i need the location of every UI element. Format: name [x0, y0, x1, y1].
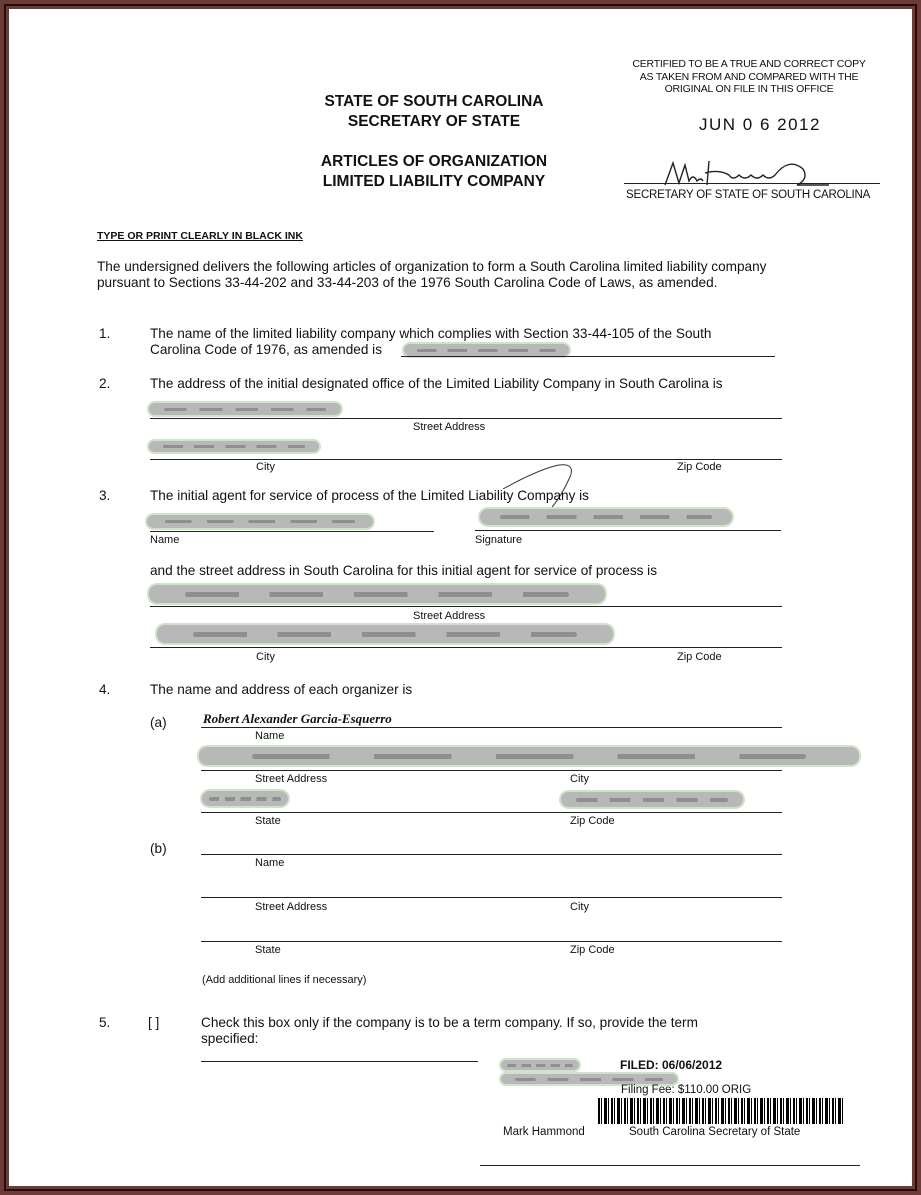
- agent-city-label: City: [256, 651, 275, 663]
- office-city-label: City: [256, 461, 275, 473]
- item-2-number: 2.: [99, 376, 110, 391]
- cert-line-1: CERTIFIED TO BE A TRUE AND CORRECT COPY: [609, 58, 889, 71]
- document-subtitle: LIMITED LIABILITY COMPANY: [269, 172, 599, 192]
- item-5-text-line-2: specified:: [201, 1031, 258, 1047]
- organizer-a-zip-label: Zip Code: [570, 815, 615, 827]
- filing-stamp-rule: [480, 1165, 860, 1166]
- agent-address-text: and the street address in South Carolina…: [150, 563, 657, 579]
- secretary-signature-line: [624, 183, 880, 184]
- organizer-a-street-label: Street Address: [255, 773, 327, 785]
- agent-city-redacted: [157, 625, 613, 643]
- company-name-field[interactable]: [401, 356, 775, 357]
- organizer-b-name-label: Name: [255, 857, 284, 869]
- filing-fee: Filing Fee: $110.00 ORIG: [621, 1084, 751, 1096]
- organizer-a-name-value: Robert Alexander Garcia-Esquerro: [203, 711, 392, 727]
- organizer-a-marker: (a): [150, 715, 167, 731]
- agent-signature-field[interactable]: [475, 530, 781, 531]
- item-3-text: The initial agent for service of process…: [150, 488, 589, 504]
- secretary-signature-icon: [659, 155, 839, 191]
- office-zip-label: Zip Code: [677, 461, 722, 473]
- organizer-a-zip-redacted: [561, 792, 743, 807]
- organizer-a-street-city-redacted: [199, 747, 859, 765]
- agent-street-field[interactable]: [150, 606, 782, 607]
- secretary-title: SECRETARY OF STATE OF SOUTH CAROLINA: [626, 189, 870, 201]
- agent-signature-redacted: [480, 509, 732, 525]
- agent-name-redacted: [147, 515, 373, 528]
- organizer-b-zip-label: Zip Code: [570, 944, 615, 956]
- agent-name-field[interactable]: [150, 531, 434, 532]
- agent-city-zip-field[interactable]: [150, 647, 782, 648]
- item-5-text-line-1: Check this box only if the company is to…: [201, 1015, 698, 1031]
- barcode-icon: [598, 1098, 844, 1124]
- document-page: CERTIFIED TO BE A TRUE AND CORRECT COPY …: [9, 9, 912, 1186]
- organizer-b-street-city-field[interactable]: [201, 897, 782, 898]
- item-5-number: 5.: [99, 1015, 110, 1030]
- organizer-a-street-city-field[interactable]: [201, 770, 782, 771]
- term-specified-field[interactable]: [201, 1061, 478, 1062]
- intro-paragraph: The undersigned delivers the following a…: [97, 259, 797, 291]
- agent-street-redacted: [149, 585, 605, 603]
- filing-signer: Mark Hammond: [503, 1126, 585, 1138]
- agent-signature-label: Signature: [475, 534, 522, 546]
- instruction-text: TYPE OR PRINT CLEARLY IN BLACK INK: [97, 230, 303, 242]
- certification-stamp: CERTIFIED TO BE A TRUE AND CORRECT COPY …: [609, 58, 889, 96]
- organizer-a-city-label: City: [570, 773, 589, 785]
- filing-stamp-redacted-2: [501, 1074, 677, 1084]
- organizer-b-state-label: State: [255, 944, 281, 956]
- item-4-text: The name and address of each organizer i…: [150, 682, 412, 698]
- organizer-a-state-zip-field[interactable]: [201, 812, 782, 813]
- item-1-number: 1.: [99, 326, 110, 341]
- office-city-zip-field[interactable]: [150, 459, 782, 460]
- organizer-b-name-field[interactable]: [201, 854, 782, 855]
- organizer-a-state-label: State: [255, 815, 281, 827]
- filing-stamp-redacted-1: [501, 1060, 579, 1070]
- organizer-a-state-redacted: [202, 791, 288, 806]
- office-street-field[interactable]: [150, 418, 782, 419]
- agent-zip-label: Zip Code: [677, 651, 722, 663]
- cert-line-3: ORIGINAL ON FILE IN THIS OFFICE: [609, 83, 889, 96]
- item-1-text-line-1: The name of the limited liability compan…: [150, 326, 711, 342]
- organizer-b-marker: (b): [150, 841, 167, 857]
- office-city-redacted: [149, 441, 319, 452]
- filed-date: FILED: 06/06/2012: [620, 1058, 722, 1072]
- agent-name-label: Name: [150, 534, 179, 546]
- agent-street-label: Street Address: [413, 610, 485, 622]
- header-state: STATE OF SOUTH CAROLINA: [269, 92, 599, 112]
- organizer-b-street-label: Street Address: [255, 901, 327, 913]
- header-office: SECRETARY OF STATE: [269, 112, 599, 132]
- office-street-label: Street Address: [413, 421, 485, 433]
- additional-lines-note: (Add additional lines if necessary): [202, 974, 366, 986]
- certification-date: JUN 0 6 2012: [699, 115, 821, 135]
- document-title: ARTICLES OF ORGANIZATION: [269, 152, 599, 172]
- organizer-b-city-label: City: [570, 901, 589, 913]
- company-name-redacted: [404, 344, 569, 356]
- item-4-number: 4.: [99, 682, 110, 697]
- item-3-number: 3.: [99, 488, 110, 503]
- cert-line-2: AS TAKEN FROM AND COMPARED WITH THE: [609, 71, 889, 84]
- filing-office: South Carolina Secretary of State: [629, 1126, 800, 1138]
- organizer-a-name-label: Name: [255, 730, 284, 742]
- term-company-checkbox[interactable]: [ ]: [148, 1015, 159, 1031]
- office-street-redacted: [149, 403, 341, 415]
- organizer-a-name-field[interactable]: [201, 727, 782, 728]
- item-1-text-line-2: Carolina Code of 1976, as amended is: [150, 342, 382, 358]
- organizer-b-state-zip-field[interactable]: [201, 941, 782, 942]
- item-2-text: The address of the initial designated of…: [150, 376, 723, 392]
